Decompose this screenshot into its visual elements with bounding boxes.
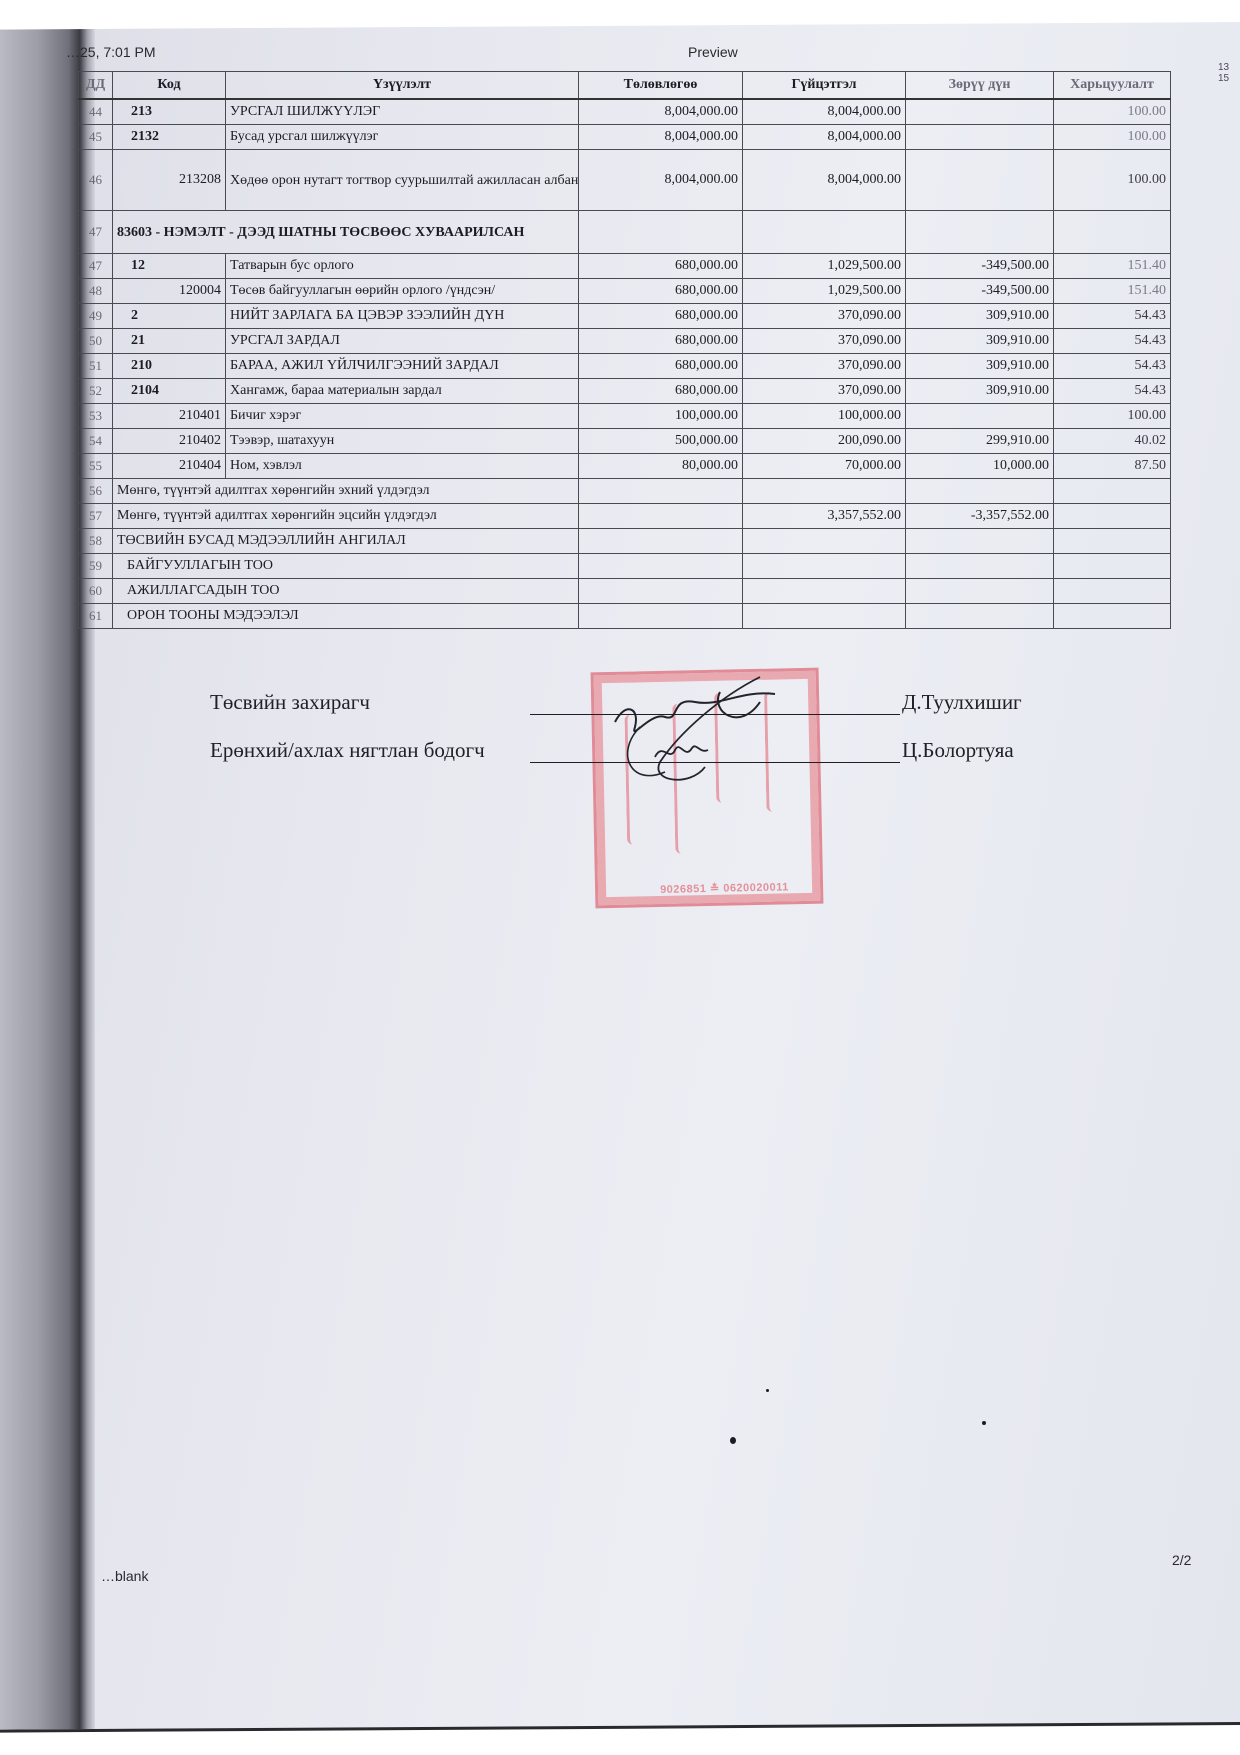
table-row: 55 210404 Ном, хэвлэл 80,000.00 70,000.0…: [79, 454, 1171, 479]
table-row: 52 2104 Хангамж, бараа материалын зардал…: [79, 379, 1171, 404]
col-header-difference: Зөрүү дүн: [906, 72, 1054, 100]
table-row: 46 213208 Хөдөө орон нутагт тогтвор суур…: [79, 150, 1171, 211]
signature-line: [530, 714, 900, 715]
scan-speck: [766, 1389, 769, 1392]
table-row: 57 Мөнгө, түүнтэй адилтгах хөрөнгийн эцс…: [79, 504, 1171, 529]
signature-line: [530, 762, 900, 763]
table-row: 61 ОРОН ТООНЫ МЭДЭЭЛЭЛ: [79, 604, 1171, 629]
signer-name: Ц.Болортуяа: [902, 738, 1014, 763]
table-row: 44 213 УРСГАЛ ШИЛЖҮҮЛЭГ 8,004,000.00 8,0…: [79, 99, 1171, 125]
edge-mark: 13 15: [1218, 62, 1229, 84]
scan-speck: [730, 1437, 736, 1444]
stamp-code: 9026851 ≛ 0620020011: [660, 880, 789, 896]
scan-top-margin: [0, 0, 1240, 24]
table-row: 53 210401 Бичиг хэрэг 100,000.00 100,000…: [79, 404, 1171, 429]
table-row: 58 ТӨСВИЙН БУСАД МЭДЭЭЛЛИЙН АНГИЛАЛ: [79, 529, 1171, 554]
section-title: 83603 - НЭМЭЛТ - ДЭЭД ШАТНЫ ТӨСВӨӨС ХУВА…: [113, 211, 579, 254]
print-footer-url: …blank: [101, 1568, 148, 1584]
col-header-indicator: Үзүүлэлт: [226, 72, 579, 100]
table-row: 45 2132 Бусад урсгал шилжүүлэг 8,004,000…: [79, 125, 1171, 150]
table-row: 60 АЖИЛЛАГСАДЫН ТОО: [79, 579, 1171, 604]
handwritten-signature: [600, 672, 800, 802]
table-row: 50 21 УРСГАЛ ЗАРДАЛ 680,000.00 370,090.0…: [79, 329, 1171, 354]
signer-role: Ерөнхий/ахлах нягтлан бодогч: [210, 738, 485, 763]
scan-speck: [982, 1421, 986, 1425]
signer-role: Төсвийн захирагч: [210, 690, 370, 715]
signer-name: Д.Туулхишиг: [902, 690, 1022, 715]
table-row: 47 12 Татварын бус орлого 680,000.00 1,0…: [79, 254, 1171, 279]
table-row: 54 210402 Тээвэр, шатахуун 500,000.00 20…: [79, 429, 1171, 454]
col-header-code: Код: [113, 72, 226, 100]
print-title: Preview: [688, 44, 738, 60]
table-row: 56 Мөнгө, түүнтэй адилтгах хөрөнгийн эхн…: [79, 479, 1171, 504]
table-row: 51 210 БАРАА, АЖИЛ ҮЙЛЧИЛГЭЭНИЙ ЗАРДАЛ 6…: [79, 354, 1171, 379]
page-number: 2/2: [1172, 1552, 1191, 1568]
print-timestamp: …25, 7:01 PM: [66, 44, 156, 60]
table-row: 59 БАЙГУУЛЛАГЫН ТОО: [79, 554, 1171, 579]
col-header-actual: Гүйцэтгэл: [743, 72, 906, 100]
col-header-no: ДД: [79, 72, 113, 100]
table-row: 49 2 НИЙТ ЗАРЛАГА БА ЦЭВЭР ЗЭЭЛИЙН ДҮН 6…: [79, 304, 1171, 329]
table-section-row: 47 83603 - НЭМЭЛТ - ДЭЭД ШАТНЫ ТӨСВӨӨС Х…: [79, 211, 1171, 254]
table-row: 48 120004 Төсөв байгууллагын өөрийн орло…: [79, 279, 1171, 304]
budget-table: ДД Код Үзүүлэлт Төлөвлөгөө Гүйцэтгэл Зөр…: [78, 71, 1171, 629]
table-header-row: ДД Код Үзүүлэлт Төлөвлөгөө Гүйцэтгэл Зөр…: [79, 72, 1171, 100]
col-header-ratio: Харьцуулалт: [1054, 72, 1171, 100]
col-header-plan: Төлөвлөгөө: [579, 72, 743, 100]
